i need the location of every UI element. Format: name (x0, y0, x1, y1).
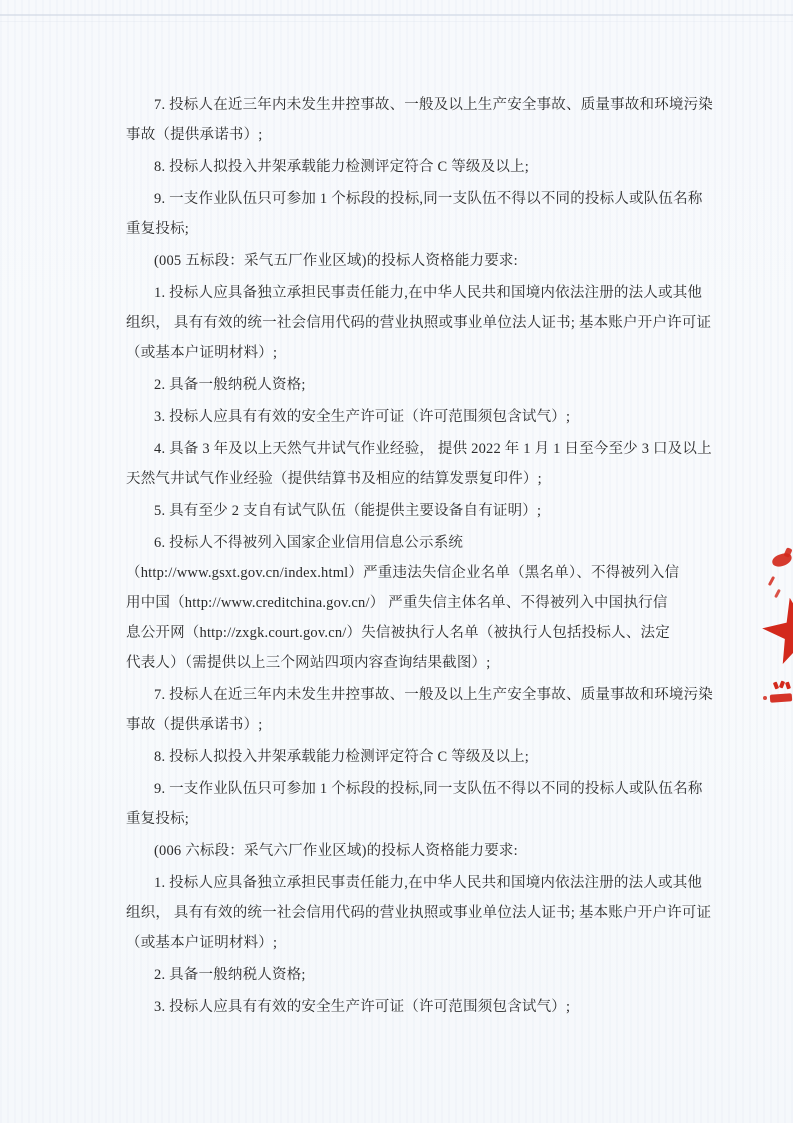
text-line: 3. 投标人应具有有效的安全生产许可证（许可范围须包含试气）; (126, 992, 698, 1022)
text-line: 2. 具备一般纳税人资格; (126, 960, 698, 990)
text-line: 事故（提供承诺书）; (126, 120, 698, 150)
text-line: 天然气井试气作业经验（提供结算书及相应的结算发票复印件）; (126, 464, 698, 494)
seal-star-icon (755, 590, 793, 673)
official-seal-fragment (753, 545, 793, 720)
seal-text-mark (785, 682, 791, 690)
text-line: 重复投标; (126, 804, 698, 834)
text-line: 8. 投标人拟投入井架承载能力检测评定符合 C 等级及以上; (126, 742, 698, 772)
text-line: 1. 投标人应具备独立承担民事责任能力,在中华人民共和国境内依法注册的法人或其他 (126, 868, 698, 898)
text-line: 代表人）（需提供以上三个网站四项内容查询结果截图）; (126, 648, 698, 678)
text-line: (005 五标段：采气五厂作业区域)的投标人资格能力要求: (126, 246, 698, 276)
text-line: 1. 投标人应具备独立承担民事责任能力,在中华人民共和国境内依法注册的法人或其他 (126, 278, 698, 308)
scan-artifact-line-2 (0, 21, 793, 22)
text-line: 8. 投标人拟投入井架承载能力检测评定符合 C 等级及以上; (126, 152, 698, 182)
text-line: 4. 具备 3 年及以上天然气井试气作业经验， 提供 2022 年 1 月 1 … (126, 434, 698, 464)
seal-text-bar (770, 693, 793, 703)
text-line: 9. 一支作业队伍只可参加 1 个标段的投标,同一支队伍不得以不同的投标人或队伍… (126, 184, 698, 214)
text-line: 用中国（http://www.creditchina.gov.cn/） 严重失信… (126, 588, 698, 618)
text-line: 事故（提供承诺书）; (126, 710, 698, 740)
text-line: 9. 一支作业队伍只可参加 1 个标段的投标,同一支队伍不得以不同的投标人或队伍… (126, 774, 698, 804)
text-line: （http://www.gsxt.gov.cn/index.html）严重违法失… (126, 558, 698, 588)
seal-ink-dot (763, 696, 767, 700)
text-line: 重复投标; (126, 214, 698, 244)
text-line: 组织， 具有有效的统一社会信用代码的营业执照或事业单位法人证书; 基本账户开户许… (126, 308, 698, 338)
text-line: 3. 投标人应具有有效的安全生产许可证（许可范围须包含试气）; (126, 402, 698, 432)
text-line: 5. 具有至少 2 支自有试气队伍（能提供主要设备自有证明）; (126, 496, 698, 526)
text-line: 2. 具备一般纳税人资格; (126, 370, 698, 400)
document-body-text: 7. 投标人在近三年内未发生井控事故、一般及以上生产安全事故、质量事故和环境污染… (126, 90, 698, 1022)
text-line: (006 六标段：采气六厂作业区域)的投标人资格能力要求: (126, 836, 698, 866)
document-page: 7. 投标人在近三年内未发生井控事故、一般及以上生产安全事故、质量事故和环境污染… (0, 0, 793, 1123)
text-line: 组织， 具有有效的统一社会信用代码的营业执照或事业单位法人证书; 基本账户开户许… (126, 898, 698, 928)
text-line: 6. 投标人不得被列入国家企业信用信息公示系统 (126, 528, 698, 558)
seal-text-stroke (768, 576, 775, 586)
scan-artifact-line (0, 14, 793, 16)
text-line: （或基本户证明材料）; (126, 338, 698, 368)
text-line: （或基本户证明材料）; (126, 928, 698, 958)
text-line: 息公开网（http://zxgk.court.gov.cn/）失信被执行人名单（… (126, 618, 698, 648)
text-line: 7. 投标人在近三年内未发生井控事故、一般及以上生产安全事故、质量事故和环境污染 (126, 90, 698, 120)
seal-text-mark (779, 681, 785, 689)
seal-text-stroke (774, 589, 781, 598)
text-line: 7. 投标人在近三年内未发生井控事故、一般及以上生产安全事故、质量事故和环境污染 (126, 680, 698, 710)
